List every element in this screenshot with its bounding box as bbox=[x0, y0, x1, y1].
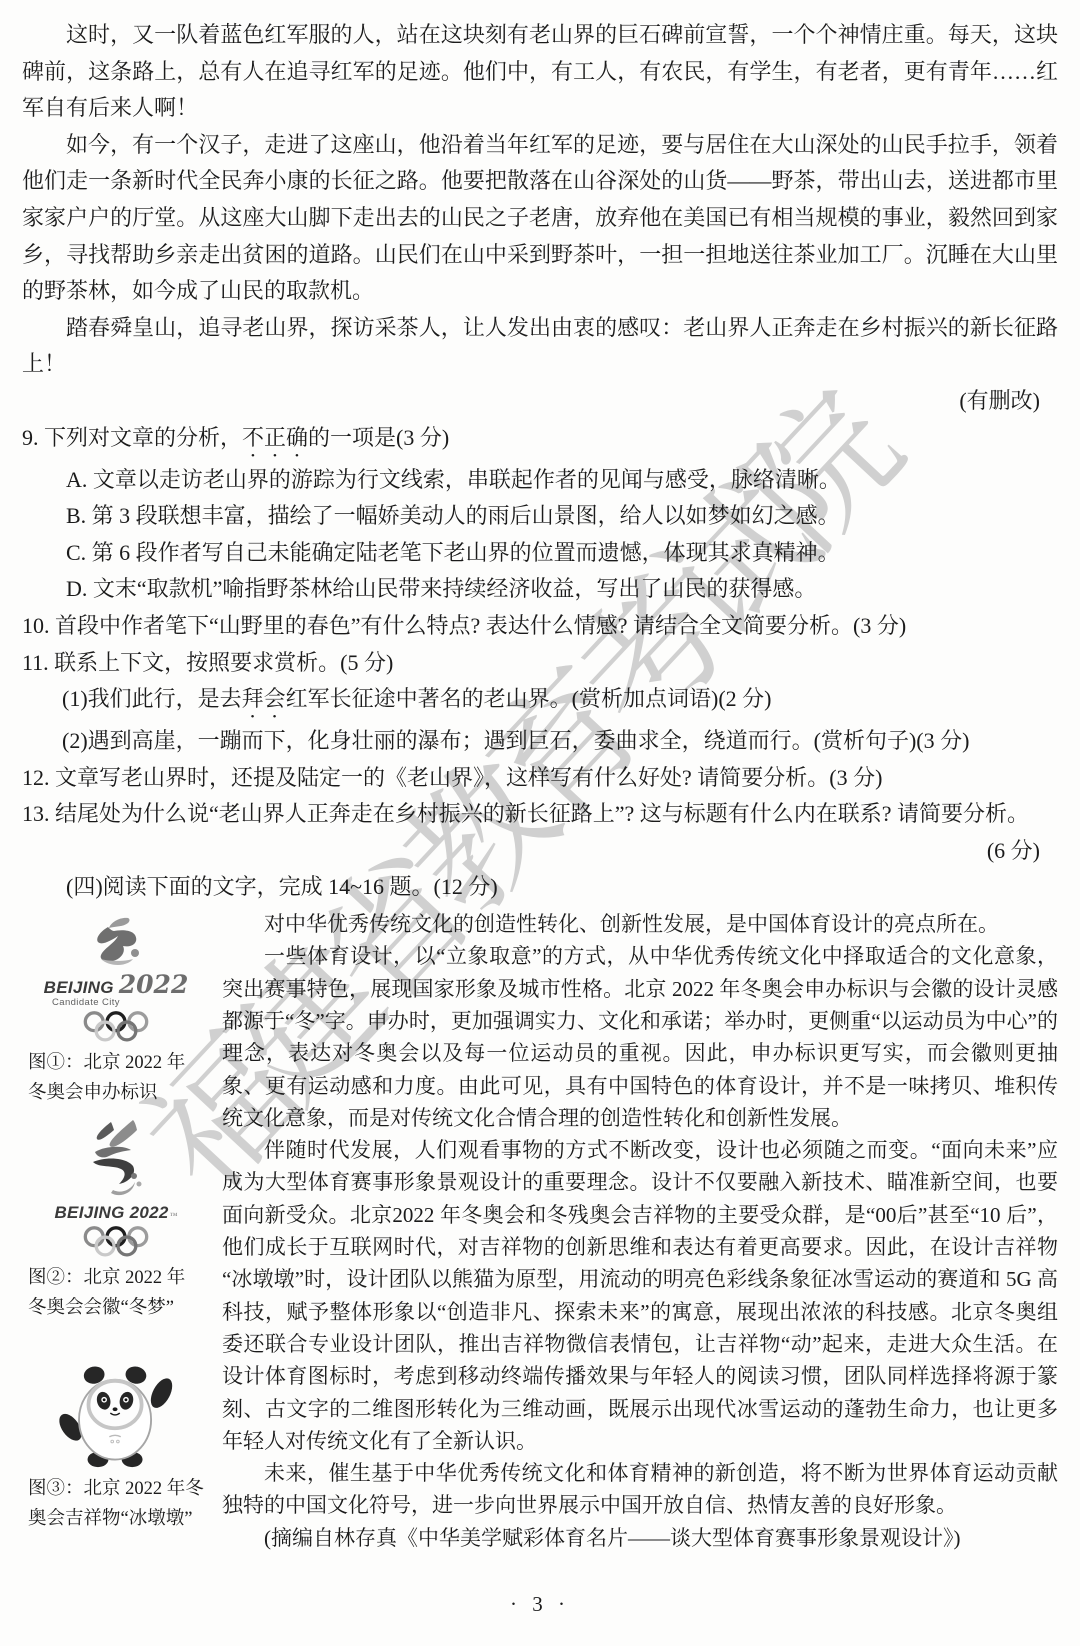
emblem-beijing-2022-text: BEIJING 2022 bbox=[54, 1203, 168, 1223]
question-11-sub-2: (2)遇到高崖，一蹦而下，化身壮丽的瀑布；遇到巨石，委曲求全，绕道而行。(赏析句… bbox=[22, 723, 1058, 760]
figure-3-mascot: 图③：北京 2022 年冬 奥会吉祥物“冰墩墩” bbox=[22, 1359, 210, 1534]
passage-sports-design: 对中华优秀传统文化的创造性转化、创新性发展，是中国体育设计的亮点所在。 一些体育… bbox=[210, 908, 1058, 1554]
figure-column: BEIJING 2022 Candidate City 图①：北京 2022 年… bbox=[22, 908, 210, 1554]
passage-paragraph: 踏春舜皇山，追寻老山界，探访采茶人，让人发出由衷的感叹：老山界人正奔走在乡村振兴… bbox=[22, 310, 1058, 383]
figure-2-caption-line-1: 图②：北京 2022 年 bbox=[28, 1263, 210, 1293]
bid-logo-calligraphy-icon bbox=[71, 914, 161, 972]
sports-passage-paragraph: 一些体育设计，以“立象取意”的方式，从中华优秀传统文化中择取适合的文化意象，突出… bbox=[222, 940, 1058, 1134]
sports-passage-paragraph: 未来，催生基于中华优秀传统文化和体育精神的新创造，将不断为世界体育运动贡献独特的… bbox=[222, 1457, 1058, 1522]
section-4-body: BEIJING 2022 Candidate City 图①：北京 2022 年… bbox=[22, 908, 1058, 1554]
question-9-option-b: B. 第 3 段联想丰富，描绘了一幅娇美动人的雨后山景图，给人以如梦如幻之感。 bbox=[22, 498, 1058, 535]
passage-paragraph: 如今，有一个汉子，走进了这座山，他沿着当年红军的足迹，要与居住在大山深处的山民手… bbox=[22, 127, 1058, 310]
mascot-bingdwendwen-icon bbox=[54, 1359, 178, 1469]
figure-3-caption-line-2: 奥会吉祥物“冰墩墩” bbox=[28, 1504, 210, 1534]
emblem-wordmark: BEIJING 2022 ™ bbox=[22, 1203, 210, 1223]
figure-2-caption-line-2: 冬奥会会徽“冬梦” bbox=[28, 1293, 210, 1323]
question-9-option-c: C. 第 6 段作者写自己未能确定陆老笔下老山界的位置而遗憾，体现其求真精神。 bbox=[22, 535, 1058, 572]
passage-edit-note: (有删改) bbox=[22, 383, 1058, 420]
question-11-sub-1-text-cont: 红军长征途中著名的老山界。(赏析加点词语)(2 分) bbox=[286, 686, 772, 711]
figure-3-caption-line-1: 图③：北京 2022 年冬 bbox=[28, 1474, 210, 1504]
question-9-emphasized-word: 不正确 bbox=[242, 425, 308, 450]
figure-1-caption: 图①：北京 2022 年 冬奥会申办标识 bbox=[22, 1048, 210, 1108]
question-9-option-d: D. 文末“取款机”喻指野茶林给山民带来持续经济收益，写出了山民的获得感。 bbox=[22, 571, 1058, 608]
passage-laoshanjie-ending: 这时，又一队着蓝色红军服的人，站在这块刻有老山界的巨石碑前宣誓，一个个神情庄重。… bbox=[22, 17, 1058, 420]
sports-passage-paragraph: 伴随时代发展，人们观看事物的方式不断改变，设计也必须随之而变。“面向未来”应成为… bbox=[222, 1134, 1058, 1457]
question-9-text: 9. 下列对文章的分析， bbox=[22, 425, 242, 450]
olympic-rings-icon bbox=[83, 1226, 149, 1258]
passage-source-citation: (摘编自林存真《中华美学赋彩体育名片——谈大型体育赛事形象景观设计》) bbox=[222, 1522, 1058, 1554]
question-13: 13. 结尾处为什么说“老山界人正奔走在乡村振兴的新长征路上”? 这与标题有什么… bbox=[22, 796, 1058, 833]
question-11-sub-1: (1)我们此行，是去拜会红军长征途中著名的老山界。(赏析加点词语)(2 分) bbox=[22, 681, 1058, 723]
bid-logo-year-text: 2022 bbox=[119, 973, 189, 997]
page-content: 这时，又一队着蓝色红军服的人，站在这块刻有老山界的巨石碑前宣誓，一个个神情庄重。… bbox=[0, 0, 1080, 1554]
olympic-rings-icon bbox=[83, 1011, 149, 1043]
question-9: 9. 下列对文章的分析，不正确的一项是(3 分) bbox=[22, 420, 1058, 462]
figure-1-bid-logo: BEIJING 2022 Candidate City 图①：北京 2022 年… bbox=[22, 914, 210, 1108]
question-11-emphasized-word: 拜会 bbox=[242, 686, 286, 711]
question-13-score: (6 分) bbox=[22, 833, 1058, 870]
sports-passage-paragraph: 对中华优秀传统文化的创造性转化、创新性发展，是中国体育设计的亮点所在。 bbox=[222, 908, 1058, 940]
figure-1-caption-line-1: 图①：北京 2022 年 bbox=[28, 1048, 210, 1078]
question-12: 12. 文章写老山界时，还提及陆定一的《老山界》，这样写有什么好处? 请简要分析… bbox=[22, 760, 1058, 797]
bid-logo-wordmark: BEIJING 2022 bbox=[22, 973, 210, 998]
trademark-symbol: ™ bbox=[170, 1211, 178, 1220]
question-10: 10. 首段中作者笔下“山野里的春色”有什么特点? 表达什么情感? 请结合全文简… bbox=[22, 608, 1058, 645]
question-9-text-cont: 的一项是(3 分) bbox=[308, 425, 449, 450]
bid-logo-beijing-text: BEIJING bbox=[44, 978, 114, 998]
section-4-header: (四)阅读下面的文字，完成 14~16 题。(12 分) bbox=[22, 869, 1058, 906]
question-11: 11. 联系上下文，按照要求赏析。(5 分) bbox=[22, 645, 1058, 682]
figure-2-caption: 图②：北京 2022 年 冬奥会会徽“冬梦” bbox=[22, 1263, 210, 1323]
page-number: · 3 · bbox=[0, 1592, 1080, 1617]
passage-paragraph: 这时，又一队着蓝色红军服的人，站在这块刻有老山界的巨石碑前宣誓，一个个神情庄重。… bbox=[22, 17, 1058, 127]
question-9-option-a: A. 文章以走访老山界的游踪为行文线索，串联起作者的见闻与感受，脉络清晰。 bbox=[22, 462, 1058, 499]
question-list: 9. 下列对文章的分析，不正确的一项是(3 分) A. 文章以走访老山界的游踪为… bbox=[22, 420, 1058, 870]
figure-3-caption: 图③：北京 2022 年冬 奥会吉祥物“冰墩墩” bbox=[22, 1474, 210, 1534]
question-11-sub-1-text: (1)我们此行，是去 bbox=[62, 686, 242, 711]
figure-2-emblem-winter-dream: BEIJING 2022 ™ 图②：北京 2022 年 冬奥会会徽“冬梦” bbox=[22, 1118, 210, 1323]
exam-page: 福建省教育考试院 这时，又一队着蓝色红军服的人，站在这块刻有老山界的巨石碑前宣誓… bbox=[0, 0, 1080, 1646]
figure-1-caption-line-2: 冬奥会申办标识 bbox=[28, 1078, 210, 1108]
emblem-dong-ribbon-icon bbox=[81, 1118, 151, 1202]
